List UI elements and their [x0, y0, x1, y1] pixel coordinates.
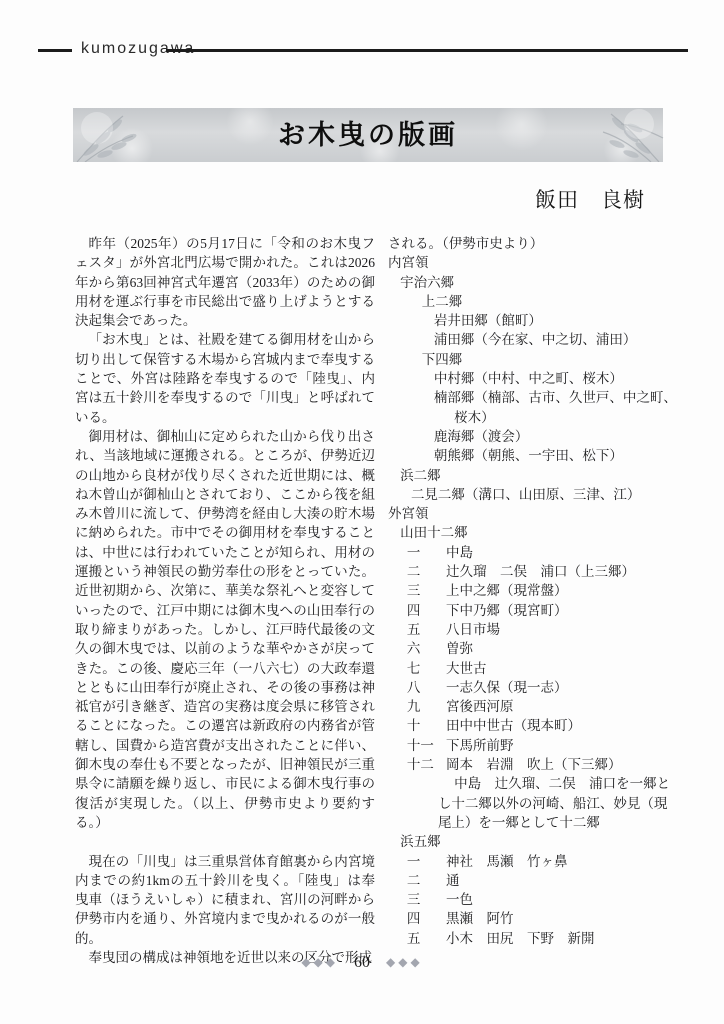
list-text: 通 [446, 873, 460, 888]
author-name: 飯田 良樹 [535, 184, 645, 214]
list-number: 十二 [407, 755, 446, 774]
list-text: 八日市場 [446, 622, 500, 637]
list-line: される。（伊勢市史より） [388, 234, 690, 253]
list-number: 八 [407, 678, 446, 697]
left-column: 昨年（2025年）の5月17日に「令和のお木曳フェスタ」が外宮北門広場で開かれた… [75, 234, 375, 967]
list-number: 三 [407, 890, 446, 909]
list-text: 黒瀬 阿竹 [446, 911, 514, 926]
list-line: 十田中中世古（現本町） [388, 716, 690, 735]
list-text: 宮後西河原 [446, 699, 514, 714]
list-text: 小木 田尻 下野 新開 [446, 931, 595, 946]
list-line: 岩井田郷（館町） [388, 311, 690, 330]
list-line: 二見二郷（溝口、山田原、三津、江） [388, 485, 690, 504]
list-line: 中島 辻久瑠、二俣 浦口を一郷と [388, 774, 690, 793]
list-number: 一 [407, 852, 446, 871]
list-line: 楠部郷（楠部、古市、久世戸、中之町、 [388, 388, 690, 407]
list-line: 尾上）を一郷として十二郷 [388, 813, 690, 832]
paragraph: 「お木曳」とは、社殿を建てる御用材を山から切り出して保管する木場から宮城内まで奉… [75, 330, 375, 426]
title-banner: お木曳の版画 [73, 108, 663, 162]
list-line: 七大世古 [388, 659, 690, 678]
list-number: 四 [407, 601, 446, 620]
list-line: 浜二郷 [388, 466, 690, 485]
list-line: 朝熊郷（朝熊、一宇田、松下） [388, 446, 690, 465]
list-text: 曽弥 [446, 641, 473, 656]
list-line: 十一下馬所前野 [388, 736, 690, 755]
list-line: 三一色 [388, 890, 690, 909]
paragraph: 昨年（2025年）の5月17日に「令和のお木曳フェスタ」が外宮北門広場で開かれた… [75, 234, 375, 330]
list-line: 二辻久瑠 二俣 浦口（上三郷） [388, 562, 690, 581]
list-line: 浜五郷 [388, 832, 690, 851]
list-text: 岡本 岩淵 吹上（下三郷） [446, 757, 622, 772]
list-line: 桜木） [388, 408, 690, 427]
list-line: 三上中之郷（現常盤） [388, 581, 690, 600]
list-line: 下四郷 [388, 350, 690, 369]
list-line: 二通 [388, 871, 690, 890]
list-number: 一 [407, 543, 446, 562]
right-column: される。（伊勢市史より）内宮領宇治六郷上二郷岩井田郷（館町）浦田郷（今在家、中之… [388, 234, 690, 948]
paragraph: 御用材は、御杣山に定められた山から伐り出され、当該地域に運搬される。ところが、伊… [75, 427, 375, 832]
list-line: 十二岡本 岩淵 吹上（下三郷） [388, 755, 690, 774]
list-line: 一神社 馬瀬 竹ヶ鼻 [388, 852, 690, 871]
list-line: 六曽弥 [388, 639, 690, 658]
list-number: 二 [407, 871, 446, 890]
list-number: 三 [407, 581, 446, 600]
diamond-ornament-icon: ◆◆◆ [301, 955, 338, 969]
list-number: 十一 [407, 736, 446, 755]
list-text: 一色 [446, 892, 473, 907]
list-number: 七 [407, 659, 446, 678]
list-text: 下中乃郷（現宮町） [446, 603, 568, 618]
list-number: 四 [407, 909, 446, 928]
list-number: 九 [407, 697, 446, 716]
list-line: 鹿海郷（渡会） [388, 427, 690, 446]
list-text: 神社 馬瀬 竹ヶ鼻 [446, 854, 568, 869]
list-text: 下馬所前野 [446, 738, 514, 753]
list-number: 五 [407, 929, 446, 948]
list-number: 五 [407, 620, 446, 639]
list-number: 二 [407, 562, 446, 581]
list-line: 一中島 [388, 543, 690, 562]
list-line: 山田十二郷 [388, 523, 690, 542]
list-text: 田中中世古（現本町） [446, 718, 581, 733]
list-line: 八一志久保（現一志） [388, 678, 690, 697]
list-line: 中村郷（中村、中之町、桜木） [388, 369, 690, 388]
list-line: 九宮後西河原 [388, 697, 690, 716]
masthead: kumozugawa [38, 40, 688, 62]
page-footer: ◆◆◆ 60 ◆◆◆ [0, 951, 724, 974]
list-line: 四黒瀬 阿竹 [388, 909, 690, 928]
list-line: 外宮領 [388, 504, 690, 523]
list-number: 六 [407, 639, 446, 658]
list-line: 内宮領 [388, 253, 690, 272]
masthead-rule-long [166, 49, 688, 52]
list-line: 宇治六郷 [388, 273, 690, 292]
list-number: 十 [407, 716, 446, 735]
list-line: し十二郷以外の河崎、船江、妙見（現 [388, 794, 690, 813]
list-text: 上中之郷（現常盤） [446, 583, 568, 598]
list-line: 浦田郷（今在家、中之切、浦田） [388, 330, 690, 349]
list-line: 五小木 田尻 下野 新開 [388, 929, 690, 948]
masthead-rule-short [38, 49, 72, 52]
paragraph: 現在の「川曳」は三重県営体育館裏から内宮境内までの約1kmの五十鈴川を曳く。「陸… [75, 852, 375, 948]
list-text: 一志久保（現一志） [446, 680, 568, 695]
list-text: 辻久瑠 二俣 浦口（上三郷） [446, 564, 635, 579]
page-number: 60 [354, 954, 370, 971]
magazine-page: kumozugawa [0, 0, 724, 1024]
list-text: 中島 [446, 545, 473, 560]
list-line: 四下中乃郷（現宮町） [388, 601, 690, 620]
list-text: 大世古 [446, 661, 487, 676]
diamond-ornament-icon: ◆◆◆ [386, 955, 423, 969]
list-line: 上二郷 [388, 292, 690, 311]
article-title: お木曳の版画 [73, 108, 663, 162]
list-line: 五八日市場 [388, 620, 690, 639]
